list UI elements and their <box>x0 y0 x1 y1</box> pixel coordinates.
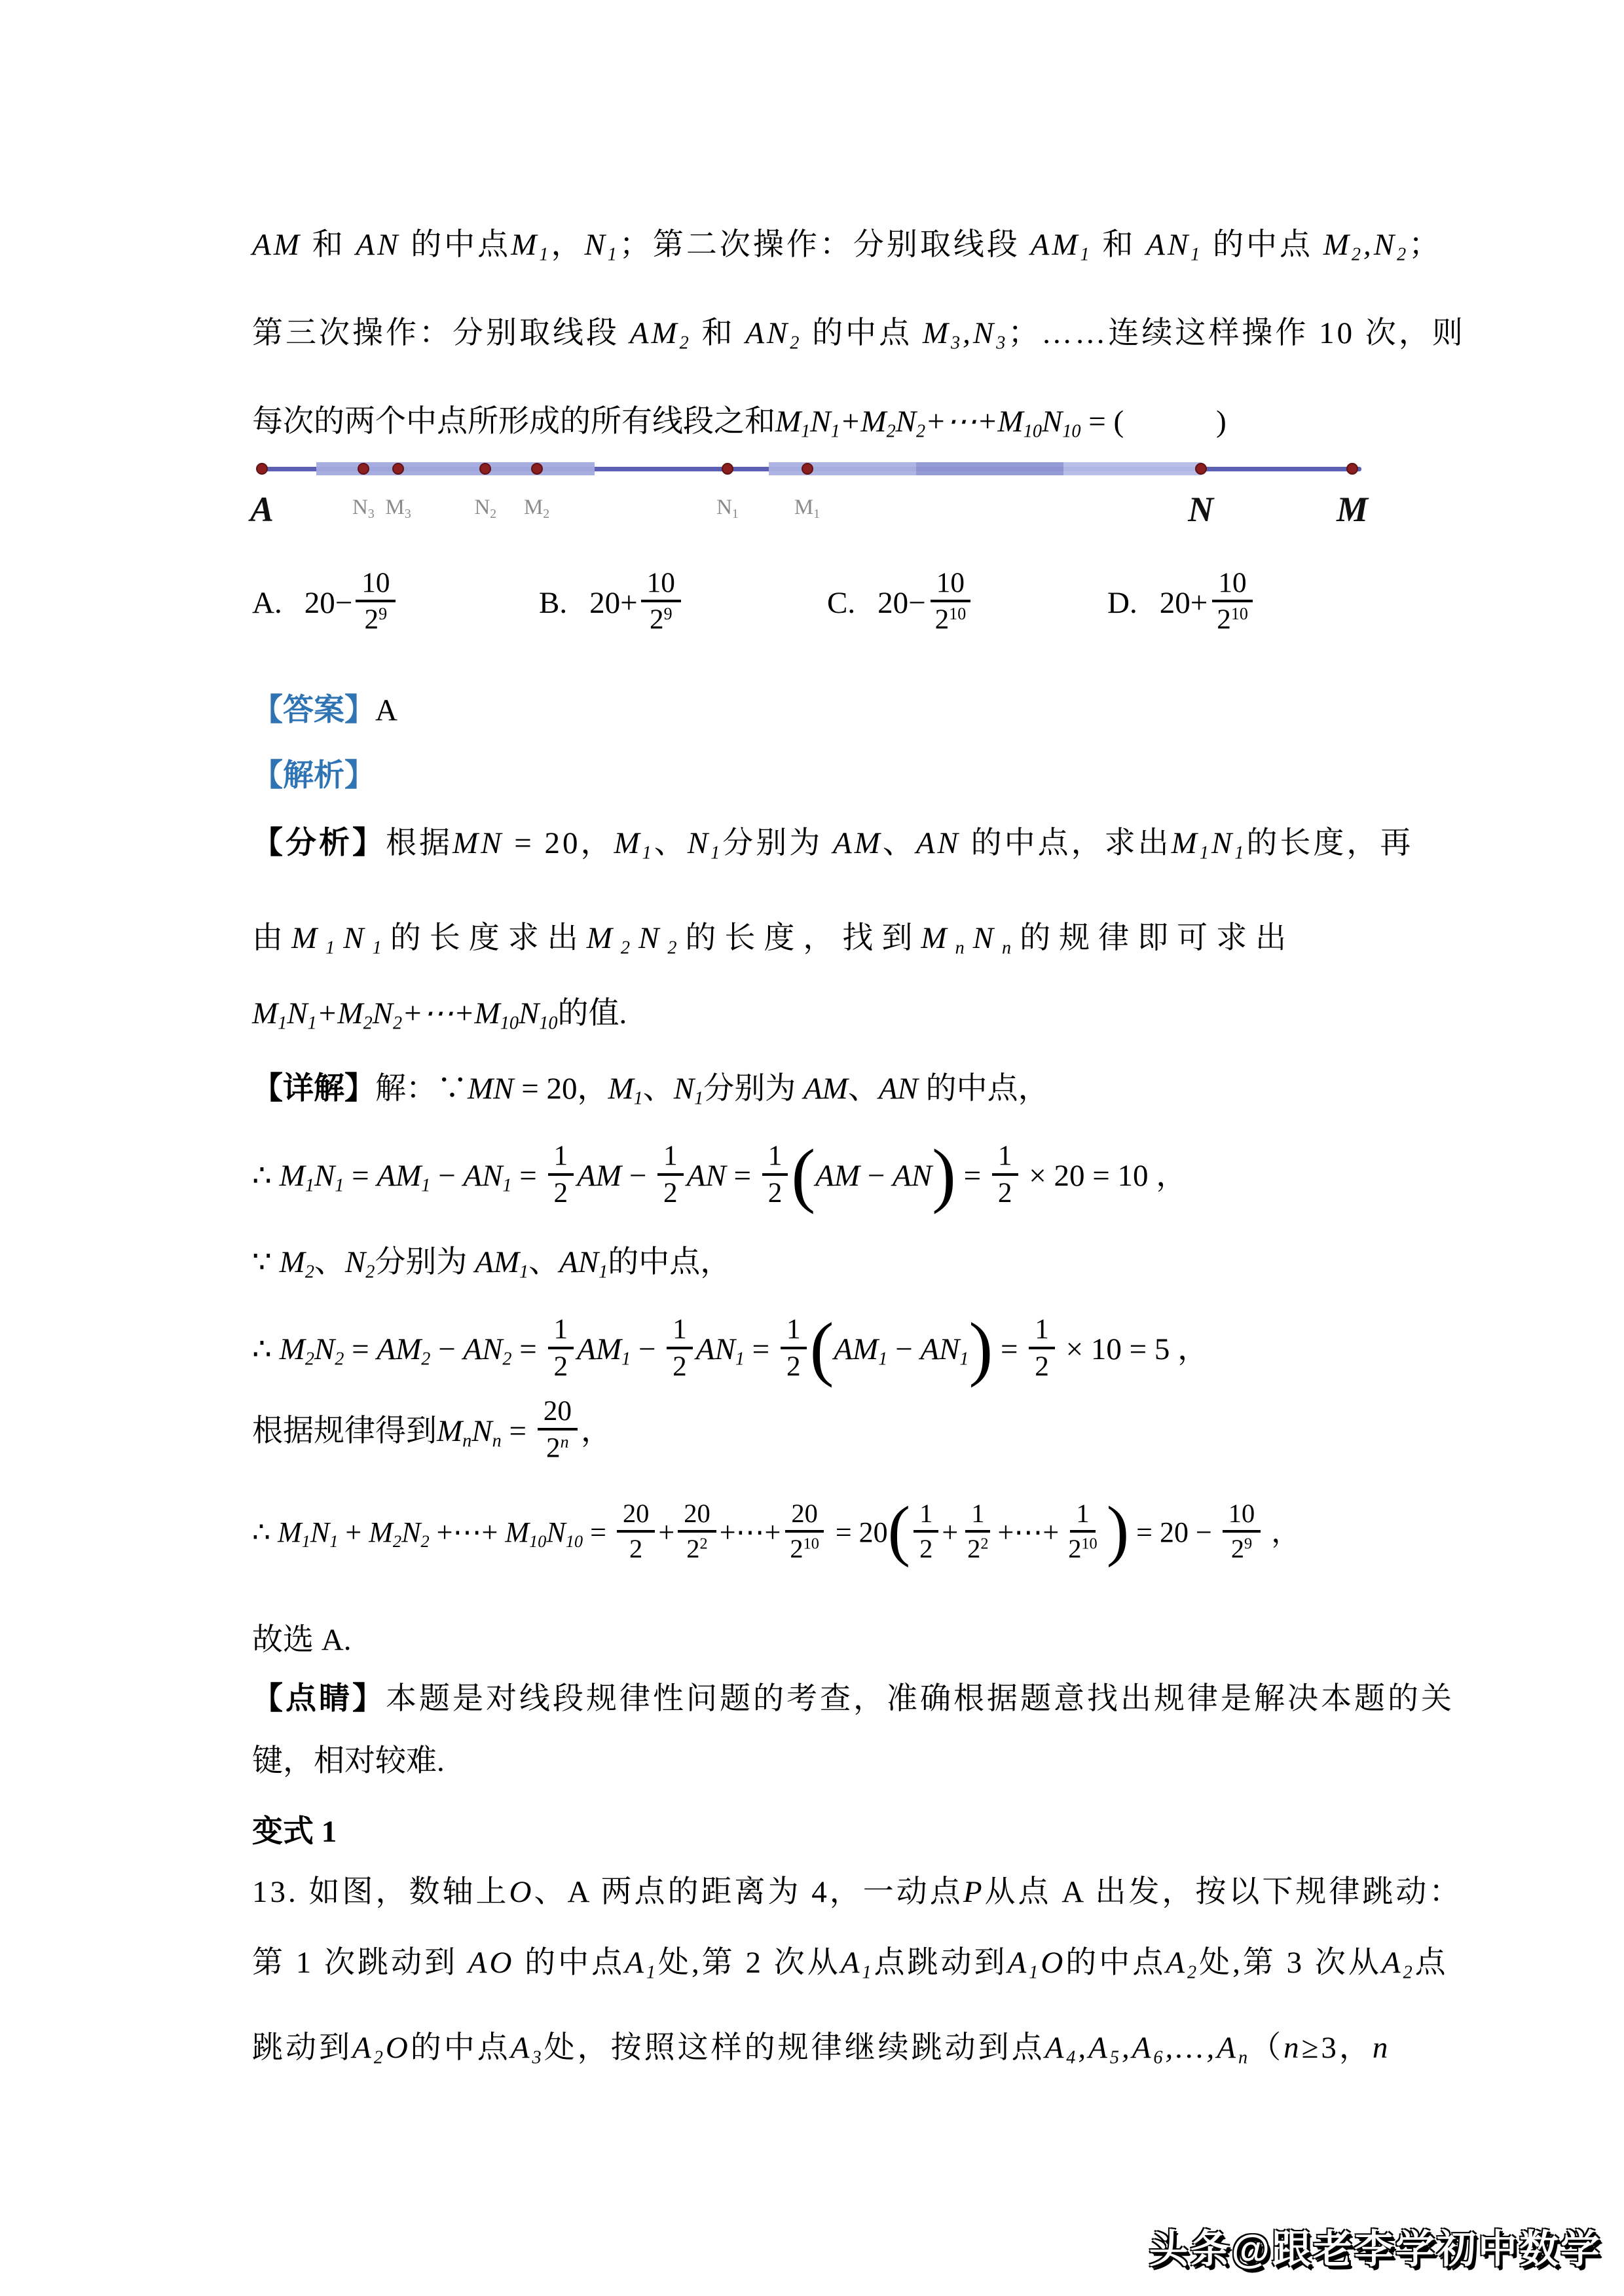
option-b-label: B. <box>539 586 567 620</box>
solution-line-1: 【详解】解：∵MN = 20，M1、N1分别为 AM、AN 的中点， <box>252 1038 1385 1136</box>
problem13-line-3: 跳动到A2O的中点A3处，按照这样的规律继续跳动到点A4,A5,A6,...,A… <box>252 1997 1385 2095</box>
option-d: D.20+10210 <box>1107 572 1257 639</box>
solution-line-3: 根据规律得到MnNn = 202n， <box>252 1385 1385 1483</box>
option-b: B.20+1029 <box>539 572 684 639</box>
option-d-label: D. <box>1107 586 1137 620</box>
solution-text-3: 根据规律得到MnNn = 202n， <box>252 1400 612 1467</box>
point-marker-M2 <box>531 463 543 475</box>
point-label-N3: N3 <box>352 496 375 522</box>
solution-tag: 【详解】 <box>252 1072 375 1106</box>
option-a-value: 20−1029 <box>304 586 399 620</box>
number-line-diagram: AN3M3N2M2N1M1NM <box>262 429 1352 543</box>
solution-text-1: 解：∵MN = 20，M1、N1分别为 AM、AN 的中点， <box>375 1072 1049 1106</box>
document-page: AM 和 AN 的中点M1，N1；第二次操作：分别取线段 AM1 和 AN1 的… <box>0 0 1624 2296</box>
option-c-value: 20−10210 <box>877 586 975 620</box>
analysis-text-2: 由M1N1的长度求出M2N2的长度，找到MnNn的规律即可求出 <box>252 913 1295 958</box>
solution-formula-2-text: ∴ M2N2 = AM2 − AN2 = 12AM1 − 12AN1 = 12(… <box>252 1316 1208 1388</box>
answer-tag: 【答案】 <box>252 693 375 727</box>
problem13-text-3: 跳动到A2O的中点A3处，按照这样的规律继续跳动到点A4,A5,A6,...,A… <box>252 2023 1390 2068</box>
jiexi-tag: 【解析】 <box>252 759 375 793</box>
note-text-2: 键，相对较难. <box>252 1736 445 1780</box>
solution-text-2: ∵ M2、N2分别为 AM1、AN1的中点， <box>252 1237 731 1283</box>
problem-line-1-text: AM 和 AN 的中点M1，N1；第二次操作：分别取线段 AM1 和 AN1 的… <box>252 220 1442 265</box>
axis-band <box>1063 462 1202 475</box>
point-marker-M3 <box>392 463 404 475</box>
point-marker-N <box>1195 463 1207 475</box>
point-label-M1: M1 <box>794 496 820 522</box>
problem-line-2-text: 第三次操作：分别取线段 AM2 和 AN2 的中点 M3,N3；……连续这样操作… <box>252 308 1466 354</box>
analysis-text-1: 根据MN = 20，M1、N1分别为 AM、AN 的中点，求出M1N1的长度，再 <box>386 826 1413 860</box>
option-c-label: C. <box>827 586 855 620</box>
solution-formula-1-text: ∴ M1N1 = AM1 − AN1 = 12AM − 12AN = 12(AM… <box>252 1142 1187 1214</box>
solution-formula-3-text: ∴ M1N1 + M2N2 +⋯+ M10N10 = 202+2022+⋯+20… <box>252 1501 1300 1569</box>
point-marker-M1 <box>802 463 813 475</box>
problem-line-2: 第三次操作：分别取线段 AM2 和 AN2 的中点 M3,N3；……连续这样操作… <box>252 282 1385 380</box>
option-c: C.20−10210 <box>827 572 975 639</box>
problem13-text-1: 13. 如图，数轴上O、A 两点的距离为 4，一动点P从点 A 出发，按以下规律… <box>252 1867 1462 1911</box>
options-row: A.20−1029 B.20+1029 C.20−10210 D.20+1021… <box>252 547 1385 665</box>
option-a-label: A. <box>252 586 282 620</box>
point-marker-N3 <box>358 463 369 475</box>
answer-value: A <box>375 693 397 727</box>
point-marker-A <box>256 463 268 475</box>
solution-formula-3: ∴ M1N1 + M2N2 +⋯+ M10N10 = 202+2022+⋯+20… <box>252 1486 1385 1584</box>
point-marker-N1 <box>722 463 733 475</box>
analysis-tag: 【分析】 <box>252 826 386 860</box>
point-label-M: M <box>1337 489 1368 530</box>
problem13-text-2: 第 1 次跳动到 AO 的中点A1处,第 2 次从A1点跳动到A1O的中点A2处… <box>252 1938 1449 1983</box>
problem13-line-2: 第 1 次跳动到 AO 的中点A1处,第 2 次从A1点跳动到A1O的中点A2处… <box>252 1912 1385 2010</box>
solution-line-2: ∵ M2、N2分别为 AM1、AN1的中点， <box>252 1211 1385 1309</box>
axis-band <box>916 462 1063 475</box>
axis-band <box>769 462 916 475</box>
point-marker-M <box>1346 463 1358 475</box>
point-label-A: A <box>250 489 274 530</box>
point-label-M3: M3 <box>386 496 411 522</box>
problem-line-1: AM 和 AN 的中点M1，N1；第二次操作：分别取线段 AM1 和 AN1 的… <box>252 194 1385 292</box>
point-label-N: N <box>1188 489 1213 530</box>
point-label-M2: M2 <box>524 496 549 522</box>
option-b-value: 20+1029 <box>589 586 684 620</box>
analysis-text-3: M1N1+M2N2+⋯+M10N10的值. <box>252 989 627 1034</box>
analysis-line-1: 【分析】根据MN = 20，M1、N1分别为 AM、AN 的中点，求出M1N1的… <box>252 792 1385 890</box>
option-a: A.20−1029 <box>252 572 399 639</box>
point-label-N2: N2 <box>474 496 496 522</box>
point-label-N1: N1 <box>716 496 739 522</box>
watermark: 头条@跟老李学初中数学 <box>1149 2218 1602 2274</box>
option-d-value: 20+10210 <box>1160 586 1257 620</box>
